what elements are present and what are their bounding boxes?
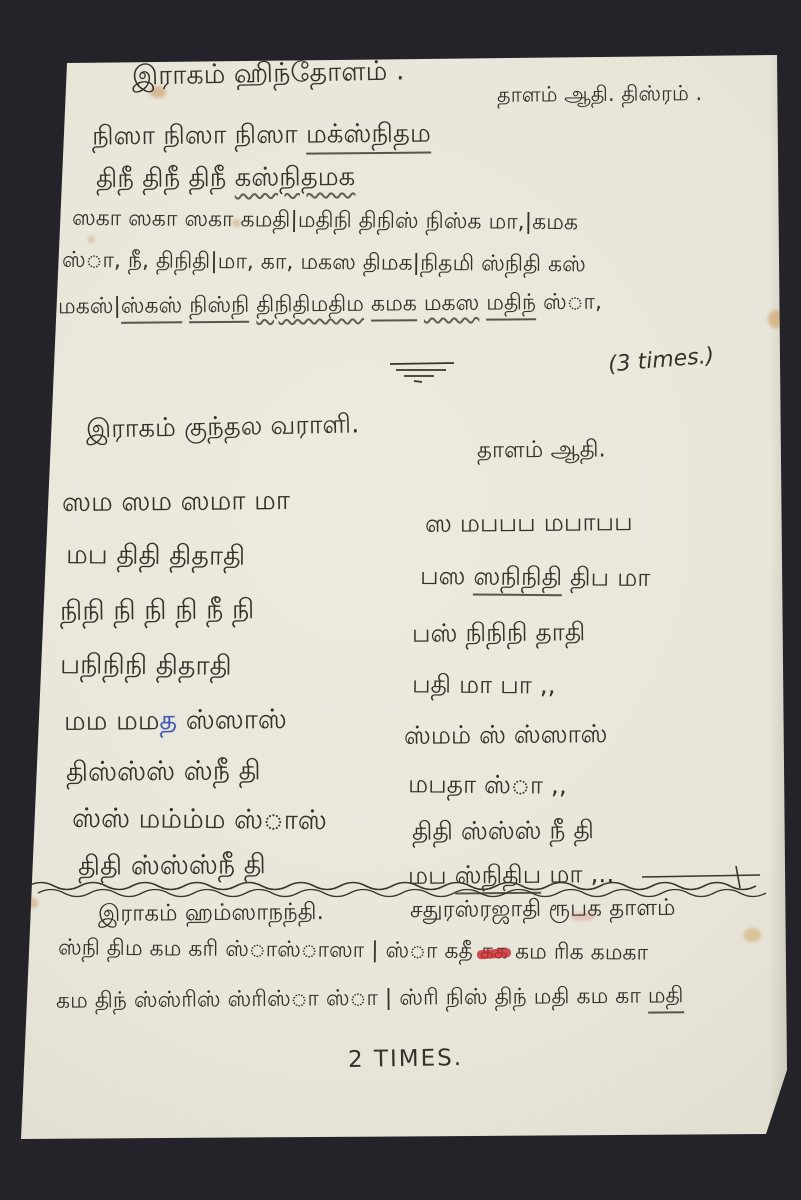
swara-segment: கம திந் ஸ்ஸ்ரிஸ் ஸ்ரிஸ்ா ஸ்ா | ஸ்ரி நிஸ்… (56, 984, 648, 1014)
section-end-mark-icon (388, 360, 458, 386)
stain (744, 928, 761, 942)
title-text: சதுரஸ்ரஜாதி ரூபக தாளம் (410, 895, 676, 923)
section1-talam-title: தாளம் ஆதி. திஸ்ரம் . (497, 81, 702, 110)
swara-segment-underlined: நிஸ்நி (189, 293, 249, 324)
section2-right-line: பஸ் நிநிநி தாதி (412, 617, 586, 652)
swara-segment-underlined: கமக (371, 291, 417, 321)
swara-segment: பஸ (420, 561, 474, 590)
section3-times-note: 2 TIMES. (348, 1045, 464, 1073)
times-text: 2 TIMES. (348, 1045, 464, 1073)
swara-segment: திஸ்ஸ்ஸ் ஸ்நீ தி (66, 755, 261, 788)
swara-segment: ஸ்நி திம கம கரி ஸ்ாஸ்ாஸா | ஸ்ா கதீ (58, 935, 480, 964)
stain (88, 236, 95, 243)
section2-right-line: மபதா ஸ்ா ,, (408, 769, 567, 803)
swara-segment-underlined: மக்ஸ்நிதம (306, 119, 431, 155)
section3-notation-line: ஸ்நி திம கம கரி ஸ்ாஸ்ாஸா | ஸ்ா கதீ கக கம… (58, 935, 648, 968)
swara-segment-underlined: திநிதிமதிம (256, 292, 364, 318)
swara-segment-underlined: ஸ்கஸ் (121, 293, 183, 324)
swara-segment: ஸ்மம் ஸ் ஸ்ஸாஸ் (404, 719, 608, 750)
section1-ragam-title: இராகம் ஹிந்தோளம் . (132, 55, 405, 95)
section1-times-note: (3 times.) (607, 343, 715, 377)
section2-left-line: மம மமத ஸ்ஸாஸ் (64, 704, 287, 741)
section3-talam-title: சதுரஸ்ரஜாதி ரூபக தாளம் (410, 895, 676, 926)
swara-segment-underlined: மகஸ (424, 291, 480, 316)
swara-segment-underlined: மதிந் (486, 290, 536, 320)
swara-segment-underlined: கஸ்நிதமக (235, 162, 356, 193)
swara-segment: திப மா (562, 562, 650, 592)
section2-right-line: ஸ்மம் ஸ் ஸ்ஸாஸ் (404, 719, 608, 754)
swara-segment: மபதா ஸ்ா ,, (408, 769, 567, 799)
swara-segment: மம மம (64, 705, 160, 737)
section2-right-line: பஸ ஸநிநிதி திப மா (420, 561, 651, 596)
section2-left-line: ஸ்ஸ் மம்ம்ம ஸ்ாஸ் (72, 803, 327, 840)
section2-right-line: பதி மா பா ,, (412, 669, 556, 703)
title-text: இராகம் ஹிந்தோளம் . (132, 55, 405, 91)
swara-segment: நிநி நி நி நி நீ நி (60, 594, 255, 627)
title-text: தாளம் ஆதி. திஸ்ரம் . (497, 81, 702, 107)
times-text: (3 times.) (607, 343, 715, 377)
swara-segment-red-strike: கக (480, 939, 508, 964)
manuscript-page: இராகம் ஹிந்தோளம் . தாளம் ஆதி. திஸ்ரம் . … (0, 0, 801, 1200)
section2-left-line: ஸம ஸம ஸமா மா (62, 485, 290, 522)
title-text: தாளம் ஆதி. (477, 436, 606, 463)
photo-background: இராகம் ஹிந்தோளம் . தாளம் ஆதி. திஸ்ரம் . … (0, 0, 801, 1200)
section3-ragam-title: இராகம் ஹம்ஸாநந்தி. (98, 899, 324, 930)
swara-segment: மகஸ்| (58, 294, 121, 320)
section2-left-line: திஸ்ஸ்ஸ் ஸ்நீ தி (66, 755, 261, 792)
title-text: இராகம் குந்தல வராளி. (86, 409, 360, 444)
swara-segment: ஸ்ஸாஸ் (177, 704, 287, 736)
swara-segment-underlined: மதி (648, 983, 684, 1013)
section2-left-line: பநிநிநி திதாதி (60, 649, 232, 685)
section1-notation-line: ஸகா ஸகா ஸகா கமதி|மதிநி திநிஸ் நிஸ்க மா,|… (72, 206, 578, 238)
swara-segment: கம ரிக கமகா (508, 939, 648, 965)
section1-notation-line: மகஸ்|ஸ்கஸ் நிஸ்நி திநிதிமதிம கமக மகஸ மதி… (58, 290, 602, 323)
swara-segment: நிஸா நிஸா நிஸா (92, 120, 306, 152)
swara-segment: பதி மா பா ,, (412, 669, 556, 699)
section2-left-line: நிநி நி நி நி நீ நி (60, 594, 255, 631)
section2-ragam-title: இராகம் குந்தல வராளி. (86, 409, 360, 447)
section1-notation-line: திநீ திநீ திநீ கஸ்நிதமக (96, 162, 356, 197)
section3-notation-line: கம திந் ஸ்ஸ்ரிஸ் ஸ்ரிஸ்ா ஸ்ா | ஸ்ரி நிஸ்… (56, 983, 684, 1016)
swara-segment: பஸ் நிநிநி தாதி (412, 617, 586, 648)
section2-right-line: திதி ஸ்ஸ்ஸ் நீ தி (412, 815, 594, 850)
stain (768, 310, 783, 328)
section1-notation-line: நிஸா நிஸா நிஸா மக்ஸ்நிதம (92, 119, 431, 155)
stain (24, 556, 32, 567)
swara-segment: ஸ்ா, நீ, திநிதி|மா, கா, மகஸ திமக|நிதமி ஸ… (62, 248, 586, 278)
swara-segment: ஸம ஸம ஸமா மா (62, 485, 290, 518)
swara-segment: திதி ஸ்ஸ்ஸ்நீ தி (78, 849, 266, 882)
swara-segment: ஸகா ஸகா ஸகா கமதி|மதிநி திநிஸ் நிஸ்க மா,|… (72, 206, 578, 235)
section2-left-line: மப திதி திதாதி (66, 539, 245, 576)
section2-right-line: ஸ மபபப மபாபப (425, 507, 633, 542)
swara-segment: திதி ஸ்ஸ்ஸ் நீ தி (412, 815, 594, 846)
swara-segment: ஸ்ா, (536, 290, 602, 316)
section2-talam-title: தாளம் ஆதி. (477, 436, 606, 466)
swara-segment-blue-ink: த (159, 705, 177, 736)
section1-notation-line: ஸ்ா, நீ, திநிதி|மா, கா, மகஸ திமக|நிதமி ஸ… (62, 248, 586, 281)
swara-segment-underlined: ஸநிநிதி (473, 561, 562, 596)
swara-segment: ஸ்ஸ் மம்ம்ம ஸ்ாஸ் (72, 803, 327, 836)
swara-segment: திநீ திநீ திநீ (96, 163, 235, 194)
swara-segment: பநிநிநி திதாதி (60, 649, 232, 681)
title-text: இராகம் ஹம்ஸாநந்தி. (98, 899, 324, 927)
swara-segment: மப திதி திதாதி (66, 539, 245, 572)
swara-segment: ஸ மபபப மபாபப (425, 507, 633, 538)
